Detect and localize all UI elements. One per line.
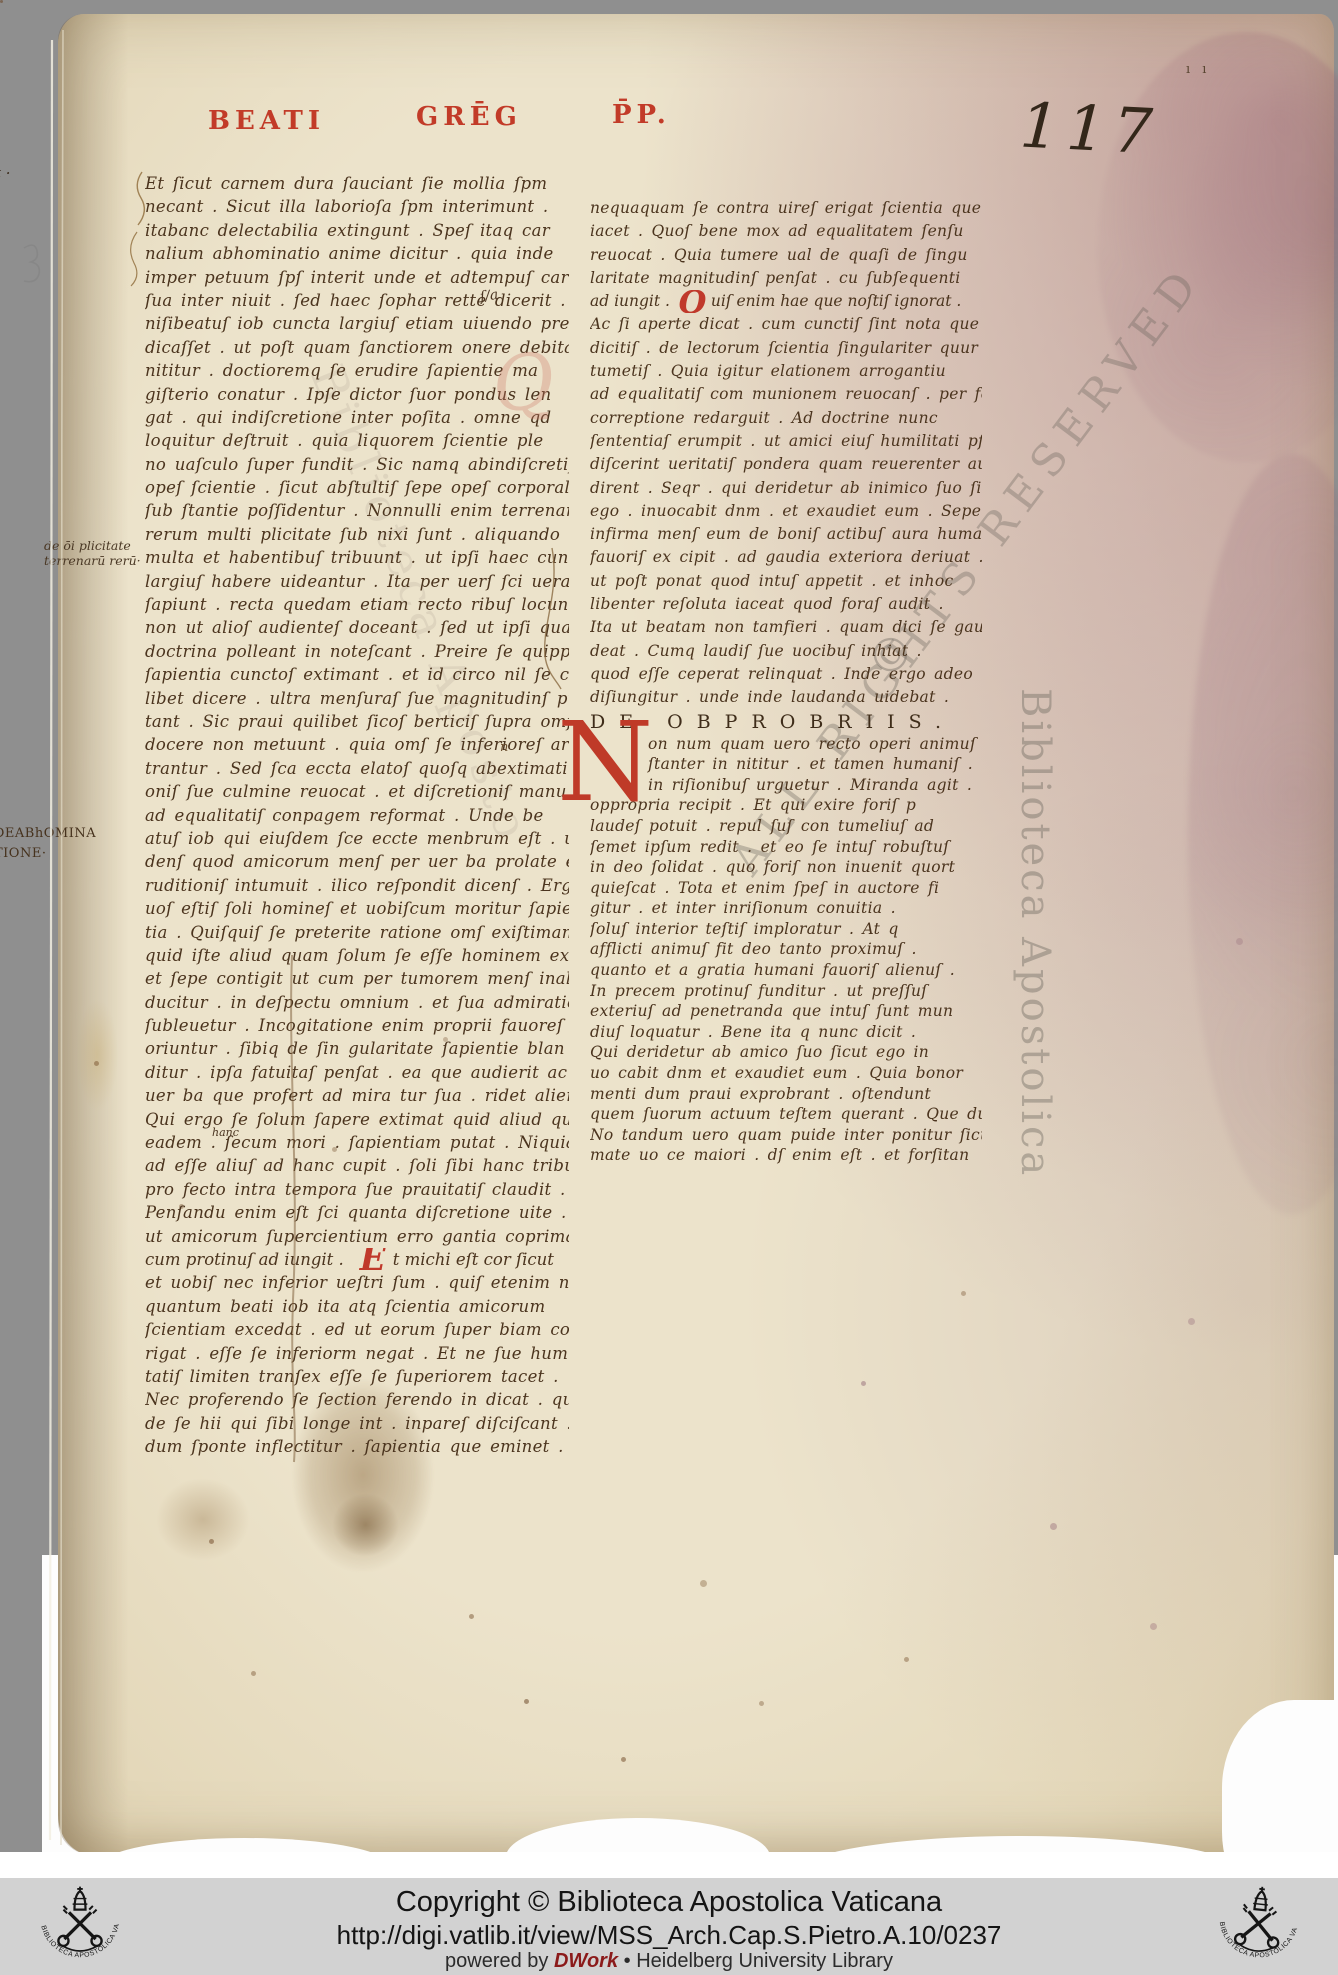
manuscript-line: ego . inuocabit dnm . et exaudiet eum . … [590, 500, 982, 523]
margin-note-line: TIONE· [0, 844, 70, 864]
manuscript-line: ſapiunt . recta quedam etiam recto ribuſ… [145, 593, 569, 616]
manuscript-line: uer ba que profert ad mira tur ſua . rid… [145, 1084, 569, 1107]
manuscript-line: non ut alioſ audienteſ doceant . ſed ut … [145, 616, 569, 639]
manuscript-line: ſua inter niuit . ſed haec ſophar rette … [145, 289, 569, 312]
manuscript-line: libenter reſoluta iaceat quod foraſ audi… [590, 593, 982, 616]
manuscript-line: imper petuum ſpſ interit unde et adtempu… [145, 266, 569, 289]
margin-note-line: de ōi plicitate [44, 538, 148, 553]
manuscript-line: et uobiſ nec inferior ueſtri ſum . quiſ … [145, 1271, 569, 1294]
heidelberg-label: • Heidelberg University Library [618, 1950, 893, 1972]
manuscript-line: ſententiaſ erumpit . ut amici eiuſ humil… [590, 430, 982, 453]
manuscript-line: nalium abhominatio anime dicitur . quia … [145, 242, 569, 265]
manuscript-line: ſemet ipſum redit . et eo ſe intuſ robuſ… [590, 837, 982, 858]
purple-mottling-right [1188, 454, 1338, 1214]
manuscript-line: tumetiſ . Quia igitur elationem arrogant… [590, 360, 982, 383]
manuscript-line: rerum multi plicitate ſub nixi ſunt . al… [145, 523, 569, 546]
right-column-lines-a: nequaquam ſe contra uireſ erigat ſcienti… [590, 197, 982, 290]
manuscript-line: ſoluſ interior teſtiſ imploratur . At q [590, 919, 982, 940]
manuscript-line: doctrina polleant in noteſcant . Preire … [145, 640, 569, 663]
manuscript-line: iacet . Quoſ bene mox ad equalitatem ſen… [590, 220, 982, 243]
manuscript-line: Ac ſi aperte dicat . cum cunctiſ ſint no… [590, 313, 982, 336]
manuscript-line: quieſcat . Tota et enim ſpeſ in auctore … [590, 878, 982, 899]
dwork-brand: DWork [554, 1950, 618, 1972]
manuscript-line: eadem . ſecum mori . ſapientiam putat . … [145, 1131, 569, 1154]
red-drop-cap-n: N [557, 712, 653, 812]
manuscript-line: ſapientia cunctoſ extimant . et id circo… [145, 663, 569, 686]
running-header-pp: P̄P. [612, 100, 671, 130]
initial-line-pre: ad iungit . [590, 290, 670, 313]
footer-url: http://digi.vatlib.it/view/MSS_Arch.Cap.… [0, 1920, 1338, 1951]
manuscript-line: Ita ut beatam non tamfieri . quam dici ſ… [590, 616, 982, 639]
manuscript-line: diuſ loquatur . Bene ita q nunc dicit . [590, 1022, 982, 1043]
manuscript-line: mate uo ce maiori . dſ enim eſt . et for… [590, 1145, 982, 1166]
line-with-red-initial-q: ad iungit . Q uiſ enim hae que noſtiſ ig… [590, 290, 982, 313]
manuscript-line: deat . Cumq laudiſ ſue uocibuſ inhiat . [590, 640, 982, 663]
margin-note-line: terrenarū rerū· [44, 553, 148, 568]
margin-note-abhominatione: DEABhOMINA TIONE· [0, 824, 70, 864]
manuscript-line: ditur . ipſa fatuitaſ penſat . ea que au… [145, 1061, 569, 1084]
left-column-lines-a: Et ſicut carnem dura ſauciant ſie mollia… [145, 172, 569, 1248]
manuscript-line: quanto et a gratia humani fauoriſ alienu… [590, 960, 982, 981]
manuscript-line: ſubleuetur . Incogitatione enim proprii … [145, 1014, 569, 1037]
manuscript-line: rigat . eſſe ſe inferiorm negat . Et ne … [145, 1342, 569, 1365]
vatican-library-logo-right: BIBLIOTECA APOSTOLICA VATICANA [1207, 1877, 1308, 1975]
manuscript-line: Et ſicut carnem dura ſauciant ſie mollia… [145, 172, 569, 195]
folio-number: 117 [1018, 88, 1161, 168]
manuscript-line: multa et habentibuſ tribuunt . ut ipſi h… [145, 546, 569, 569]
manuscript-line: trantur . Sed ſca eccta elatoſ quoſq abe… [145, 757, 569, 780]
manuscript-line: quantum beati iob ita atq ſcientia amico… [145, 1295, 569, 1318]
right-column-lines-b: Ac ſi aperte dicat . cum cunctiſ ſint no… [590, 313, 982, 709]
manuscript-line: quod eſſe ceperat relinquat . Inde ergo … [590, 663, 982, 686]
manuscript-line: in deo ſolidat . quo foriſ non inuenit q… [590, 857, 982, 878]
initial-line-post: t michi eſt cor ſicut [393, 1248, 554, 1271]
margin-mark: ſ/a [479, 287, 499, 305]
manuscript-line: Penſandu enim eſt ſci quanta diſcretione… [145, 1201, 569, 1224]
manuscript-line: opeſ ſcientie . ſicut abſtultiſ ſepe ope… [145, 476, 569, 499]
manuscript-line: fauoriſ ex cipit . ad gaudia exteriora d… [590, 546, 982, 569]
margin-note-left: de ōi plicitate terrenarū rerū· [44, 538, 148, 568]
manuscript-line: quem ſuorum actuum teſtem querant . Que … [590, 1104, 982, 1125]
manuscript-line: laritate magnitudinſ penſat . cu ſubſequ… [590, 267, 982, 290]
crossed-keys-tiara-icon [1234, 1885, 1284, 1954]
manuscript-line: reuocat . Quia tumere ual de quaſi de ſi… [590, 244, 982, 267]
manuscript-line: infirma menſ eum de boniſ actibuſ aura h… [590, 523, 982, 546]
manuscript-line: ad eſſe aliuſ ad hanc cupit . ſoli ſibi … [145, 1154, 569, 1177]
manuscript-line: quid iſte aliud quam ſolum ſe eſſe homin… [145, 944, 569, 967]
manuscript-line: libet dicere . ultra menſuraſ ſue magnit… [145, 687, 569, 710]
vatican-library-logo-left: BIBLIOTECA APOSTOLICA VATICANA [34, 1882, 126, 1974]
footer-powered-by: powered by DWork • Heidelberg University… [0, 1950, 1338, 1973]
manuscript-line: tia . Quiſquiſ ſe preterite ratione omſ … [145, 921, 569, 944]
manuscript-line: ſcientiam excedat . ed ut eorum ſuper bi… [145, 1318, 569, 1341]
manuscript-scan-viewer: BEATI GRĒG P̄P. 117 ı ı Biblioteca Apost… [0, 0, 1338, 1975]
manuscript-line: loquitur deſtruit . quia liquorem ſcient… [145, 429, 569, 452]
running-header-beati: BEATI [208, 106, 325, 136]
manuscript-line: tant . Sic praui quilibet ſicoſ berticiſ… [145, 710, 569, 733]
manuscript-line: correptione redarguit . Ad doctrine nunc [590, 407, 982, 430]
bottom-white-strip [0, 1852, 1338, 1878]
manuscript-line: gitur . et inter inriſionum conuitia . [590, 898, 982, 919]
manuscript-line: de ſe hii qui ſibi longe int . inpareſ d… [145, 1412, 569, 1435]
red-initial-e: E [360, 1248, 386, 1270]
right-text-column: nequaquam ſe contra uireſ erigat ſcienti… [590, 197, 982, 1166]
manuscript-line: denſ quod amicorum menſ per uer ba prola… [145, 850, 569, 873]
manuscript-line: dirent . Seqr . qui deridetur ab inimico… [590, 477, 982, 500]
manuscript-line: ut amicorum ſupercientium erro gantia co… [145, 1225, 569, 1248]
manuscript-line: et ſepe contigit ut cum per tumorem menſ… [145, 967, 569, 990]
manuscript-line: ut poſt ponat quod intuſ appetit . et in… [590, 570, 982, 593]
manuscript-line: ſub ſtantie poſſidentur . Nonnulli enim … [145, 499, 569, 522]
right-column-upper: nequaquam ſe contra uireſ erigat ſcienti… [590, 197, 982, 734]
manuscript-line: In precem protinuſ funditur . ut preſſuſ [590, 981, 982, 1002]
manuscript-line: No tandum uero quam puide inter ponitur … [590, 1125, 982, 1146]
manuscript-line: itabanc delectabilia extingunt . Speſ it… [145, 219, 569, 242]
manuscript-line: menti dum praui exprobrant . oſtendunt [590, 1084, 982, 1105]
manuscript-line: diſcerint ueritatiſ pondera quam reueren… [590, 453, 982, 476]
manuscript-line: niſibeatuſ iob cuncta largiuſ etiam uiue… [145, 312, 569, 335]
cropped-edge-text: t · [0, 162, 11, 184]
footer-bar: Copyright © Biblioteca Apostolica Vatica… [0, 1878, 1338, 1975]
manuscript-line: oriuntur . ſibiq de ſin gularitate ſapie… [145, 1037, 569, 1060]
manuscript-line: Qui ergo ſe ſolum ſapere extimat quid al… [145, 1108, 569, 1131]
manuscript-line: ad equalitatiſ conpagem reformat . Unde … [145, 804, 569, 827]
margin-note-line: DEABhOMINA [0, 824, 70, 844]
powered-by-label: powered by [445, 1950, 554, 1972]
manuscript-line: ad equalitatiſ com munionem reuocanſ . p… [590, 383, 982, 406]
footer-copyright: Copyright © Biblioteca Apostolica Vatica… [0, 1886, 1338, 1919]
manuscript-line: tatiſ limiten tranſex eſſe ſe ſuperiorem… [145, 1365, 569, 1388]
line-with-red-initial-e: cum protinuſ ad iungit . E t michi eſt c… [145, 1248, 569, 1271]
manuscript-line: no uaſculo ſuper fundit . Sic namq abind… [145, 453, 569, 476]
manuscript-line: dicitiſ . de lectorum ſcientia ſingulari… [590, 337, 982, 360]
pencil-mark-3 [24, 245, 39, 282]
manuscript-line: necant . Sicut illa laborioſa ſpm interi… [145, 195, 569, 218]
manuscript-line: Nec proferendo ſe ſection ferendo in dic… [145, 1388, 569, 1411]
interlinear-gloss-hanc: hanc [212, 1126, 239, 1139]
manuscript-line: afflicti animuſ fit deo tanto proximuſ . [590, 939, 982, 960]
corner-pen-marks: ı ı [1186, 62, 1210, 77]
manuscript-line: atuſ iob qui eiuſdem ſce eccte menbrum e… [145, 827, 569, 850]
manuscript-line: pro fecto intra tempora ſue prauitatiſ c… [145, 1178, 569, 1201]
initial-line-pre: cum protinuſ ad iungit . [145, 1248, 344, 1271]
manuscript-line: uo cabit dnm et exaudiet eum . Quia bono… [590, 1063, 982, 1084]
manuscript-line: oniſ ſue culmine reuocat . et diſcretion… [145, 780, 569, 803]
speckles [0, 0, 3, 3]
offset-ghost-initial: Q [488, 335, 559, 430]
manuscript-line: nequaquam ſe contra uireſ erigat ſcienti… [590, 197, 982, 220]
guide-letter-n: n [500, 740, 508, 755]
manuscript-line: largiuſ habere uideantur . Ita per uerſ … [145, 570, 569, 593]
manuscript-line: dum ſponte inflectitur . ſapientia que e… [145, 1435, 569, 1458]
crossed-keys-tiara-icon [58, 1887, 101, 1951]
left-column-lines-b: et uobiſ nec inferior ueſtri ſum . quiſ … [145, 1271, 569, 1458]
manuscript-line: exteriuſ ad penetranda que intuſ ſunt mu… [590, 1001, 982, 1022]
running-header-greg: GRĒG [416, 102, 522, 132]
manuscript-line: uoſ eſtiſ ſoli homineſ et uobiſcum morit… [145, 897, 569, 920]
manuscript-line: ruditioniſ intumuit . ilico reſpondit di… [145, 874, 569, 897]
manuscript-line: ducitur . in deſpectu omnium . et ſua ad… [145, 991, 569, 1014]
initial-line-post: uiſ enim hae que noſtiſ ignorat . [711, 290, 962, 313]
red-initial-q: Q [678, 290, 706, 313]
manuscript-line: Qui deridetur ab amico ſuo ſicut ego in [590, 1042, 982, 1063]
